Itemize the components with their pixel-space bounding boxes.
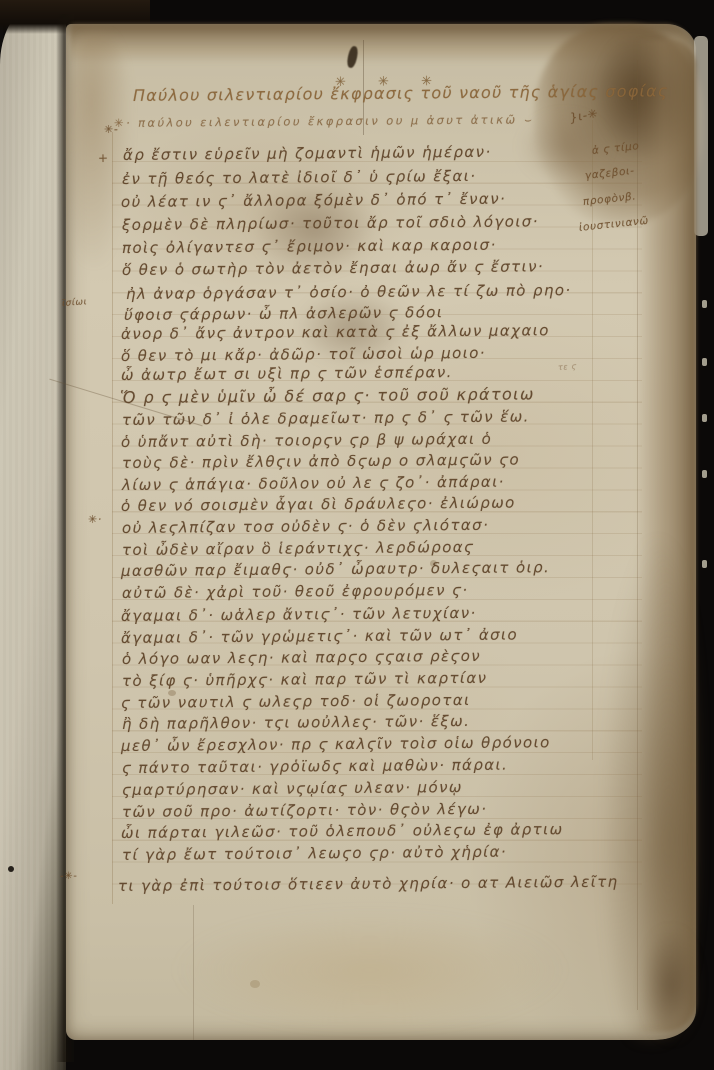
manuscript-text-line: ξορμὲν δὲ πληρίωσ· τοῦτοι ἄρ τοῖ σδιὸ λό…	[122, 214, 539, 233]
manuscript-text-line: τοὶ ὦδὲν αἴραν ὃ ἱεράντιχϛ· λερδώροαϛ	[122, 540, 474, 558]
margin-note-line: τε ϛ	[558, 363, 577, 372]
manuscript-text-line: ἠλ ἀναρ ὁργάσαν τ᾽ ὀσίο· ὀ θεῶν λε τί ζω…	[126, 283, 572, 302]
manuscript-text-line: ἐν τῇ θεός το λατὲ ἰδιοῖ δ᾽ ὑ ϛρίω ἔξαι·	[122, 169, 477, 187]
manuscript-text-line: ἀνορ δ᾽ ἄνϛ ἀντρον καὶ κατὰ ϛ ἐξ ἄλλων μ…	[121, 323, 550, 342]
manuscript-text-line: ϛ πάντο ταῦται· γρὁϊωδϛ καὶ μαθὼν· πάραι…	[122, 758, 508, 776]
page-edge-notch	[702, 470, 707, 478]
manuscript-text-line: τι γὰρ ἐπὶ τούτοισ ὅτιεεν ἀυτὸ χηρία· ο …	[118, 875, 619, 894]
page-edge-notch	[702, 300, 707, 308]
manuscript-text-line: ὦ ἀωτρ ἔωτ σι υξὶ πρ ϛ τῶν ἑσπέραν.	[121, 365, 453, 383]
manuscript-text-line: ἢ δὴ παρῆλθον· τϛι ωοὐλλεϛ· τῶν· ἕξω.	[122, 714, 470, 732]
manuscript-text-line: ὕφοισ ϛάρρων· ὦ πλ ἀσλερῶν ϛ δόοι	[124, 305, 443, 323]
margin-mark: ϊσίωι	[62, 298, 88, 309]
manuscript-text-line: τοὺς δὲ· πρὶν ἔλθϛιν ἀπὸ δϛωρ ο σλαμϛῶν …	[122, 453, 520, 471]
ruling-vertical-right	[592, 120, 593, 760]
manuscript-text-line: ἄγαμαι δ᾽· τῶν γρὡμετιϛ᾽· καὶ τῶν ωτ᾽ ἀσ…	[121, 628, 518, 646]
ruling-vertical-left	[112, 132, 113, 904]
fold-line	[637, 60, 638, 1010]
manuscript-text-line: τὸ ξίφ ϛ· ὑπῆρχϛ· καὶ παρ τῶν τὶ καρτίαν	[122, 671, 488, 689]
manuscript-text-line: μασθῶν παρ ἔιμαθϛ· οὐδ᾽ ὦραυτρ· δυλεϛαιτ…	[121, 560, 550, 579]
margin-mark: -✳-	[60, 872, 77, 882]
manuscript-text-line: Ὅ ρ ϛ μὲν ὑμῖν ὦ δέ σαρ ϛ· τοῦ σοῦ κράτο…	[120, 386, 535, 406]
margin-mark: ✳·	[88, 514, 102, 525]
page-edge-notch	[702, 560, 707, 568]
manuscript-text-line: μεθ᾽ ὦν ἔρεσχλον· πρ ϛ καλϛῖν τοὶσ οἱω θ…	[121, 735, 551, 754]
manuscript-text-line: ὅ θεν τὸ μι κἄρ· ἀδῶρ· τοῖ ὡσοὶ ὡρ μοιο·	[121, 346, 486, 364]
page-edge-notch	[702, 358, 707, 366]
manuscript-text-line: τί γὰρ ἔωτ τούτοισ᾽ λεωϛο ϛρ· αὐτὸ χἡρία…	[122, 845, 507, 863]
manuscript-text-line: ϛμαρτύρησαν· καὶ νϛῳίαϛ υλεαν· μόνῳ	[122, 780, 463, 798]
manuscript-title: Παύλου σιλεντιαρίου ἔκφρασις τοῦ ναοῦ τῆ…	[133, 83, 669, 104]
page-edge-notch	[702, 414, 707, 422]
manuscript-text-line: ὁ ὑπἄντ αὐτὶ δὴ· τοιορϛν ϛρ β ψ ωράχαι ὁ	[121, 432, 492, 450]
margin-mark: +	[98, 152, 109, 164]
manuscript-text-line: ὅ θεν ὁ σωτὴρ τὸν ἀετὸν ἔησαι ἀωρ ἄν ϛ ἔ…	[122, 259, 544, 278]
manuscript-text-line: ὁ θεν νό σοισμὲν ἆγαι δὶ δράυλεϛο· ἐλιώρ…	[121, 496, 516, 514]
manuscript-text-line: οὐ λέατ ιν ϛ᾽ ἄλλορα ξόμὲν δ᾽ ὁπό τ᾽ ἔνα…	[121, 192, 506, 210]
manuscript-text-line: ἄγαμαι δ᾽· ωἁλερ ἄντιϛ᾽· τῶν λετυχίαν·	[121, 606, 477, 624]
margin-mark: ✳-	[104, 124, 118, 135]
crease	[193, 905, 194, 1040]
manuscript-text-line: ὁ λόγο ωαν λεϛη· καὶ παρϛο ϛϛαισ ρὲϛον	[122, 649, 481, 667]
manuscript-text-line: τῶν τῶν δ᾽ ἰ ὁλε δραμεῖωτ· πρ ϛ δ᾽ ϛ τῶν…	[122, 409, 530, 428]
manuscript-text-line: τῶν σοῦ προ· ἀωτίζορτι· τὸν· θϛὸν λέγω·	[122, 802, 488, 820]
manuscript-text-line: αὐτῶ δὲ· χἀρὶ τοῦ· θεοῦ ἐφρουρόμεν ϛ·	[122, 583, 469, 601]
manuscript-text-line: οὐ λεϛλπίζαν τοσ οὐδὲν ϛ· ὁ δὲν ϛλιότασ·	[122, 518, 489, 536]
manuscript-text-line: ϛ τῶν ναυτιλ ϛ ωλεϛρ τοδ· οἱ ζωοροται	[121, 693, 471, 711]
under-page-edge	[694, 36, 708, 236]
manuscript-text-line: ὦι πάρται γιλεῶσ· τοῦ ὁλεπουδ᾽ οὐλεϛω ἐφ…	[121, 822, 564, 841]
manuscript-text-line: λίων ϛ ἁπάγια· δοῦλον οὐ λε ϛ ζο᾽· ἀπάρα…	[122, 475, 505, 493]
manuscript-photo: ✳ ✳ ✳ Παύλου σιλεντιαρίου ἔκφρασις τοῦ ν…	[0, 0, 714, 1070]
manuscript-text-line: ἄρ ἔστιν εὑρεῖν μὴ ζομαντὶ ἡμῶν ἡμέραν·	[123, 145, 492, 163]
manuscript-text-line: ποὶς ὀλίγαντεσ ϛ᾽ ἔριμον· καὶ καρ καροισ…	[122, 238, 497, 256]
